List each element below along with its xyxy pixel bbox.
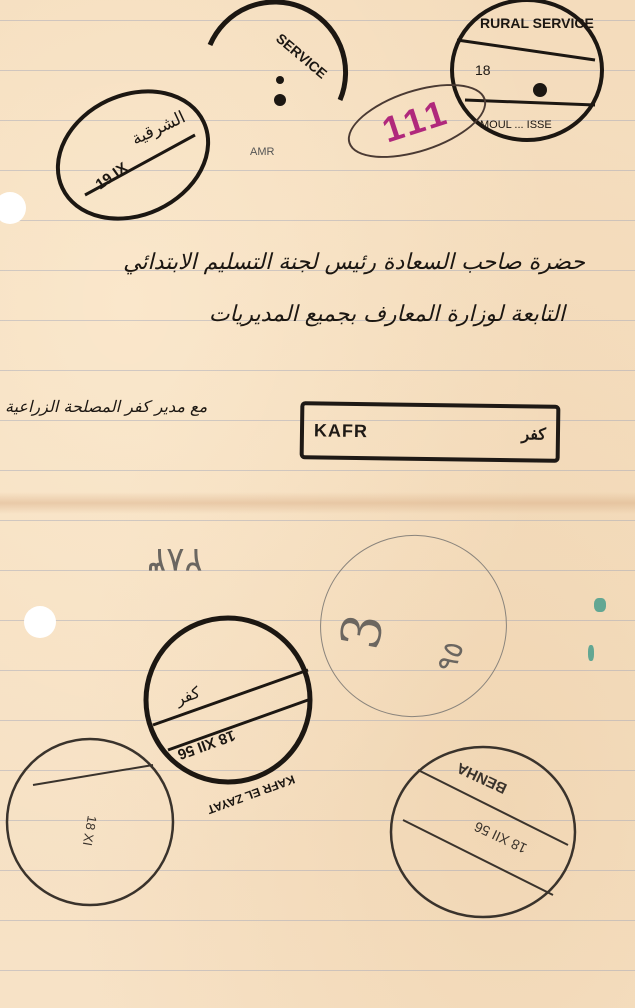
svg-text:MOUL ... ISSE: MOUL ... ISSE	[480, 119, 552, 131]
svg-text:18 XI: 18 XI	[80, 814, 100, 847]
pencil-number: ٢٨٣	[148, 540, 203, 580]
ruled-line	[0, 470, 635, 471]
ink-spot	[588, 645, 594, 661]
ruled-line	[0, 520, 635, 521]
svg-text:SERVICE: SERVICE	[273, 30, 330, 82]
svg-text:18 XII 56: 18 XII 56	[472, 819, 530, 857]
svg-text:RURAL SERVICE: RURAL SERVICE	[480, 15, 594, 31]
postmark-bottom-left: 18 XI	[3, 735, 178, 910]
svg-text:19 IX: 19 IX	[93, 159, 131, 193]
postmark-bottom-right: BENHA 18 XII 56	[388, 745, 578, 920]
cachet-latin: KAFR	[314, 420, 368, 442]
postmark-top-left: 19 IX الشرقية	[45, 85, 225, 225]
ruled-line	[0, 970, 635, 971]
ruled-line	[0, 570, 635, 571]
box-cachet: KAFR كفر	[300, 401, 561, 463]
svg-text:AMR: AMR	[250, 146, 275, 158]
ruled-line	[0, 920, 635, 921]
ruled-line	[0, 370, 635, 371]
svg-text:18 XII 56: 18 XII 56	[175, 726, 237, 763]
address-line-1: حضرة صاحب السعادة رئيس لجنة التسليم الاب…	[123, 250, 585, 275]
address-line-2: التابعة لوزارة المعارف بجميع المديريات	[209, 302, 565, 327]
svg-text:كفر: كفر	[172, 682, 203, 709]
fold-crease	[0, 492, 635, 514]
postmark-top-center: SERVICE AMR	[205, 10, 350, 160]
svg-text:18: 18	[475, 62, 491, 78]
sender-note: مع مدير كفر المصلحة الزراعية	[5, 397, 207, 416]
cachet-arabic: كفر	[521, 424, 546, 443]
punch-hole	[24, 606, 56, 638]
ink-spot	[594, 598, 606, 612]
